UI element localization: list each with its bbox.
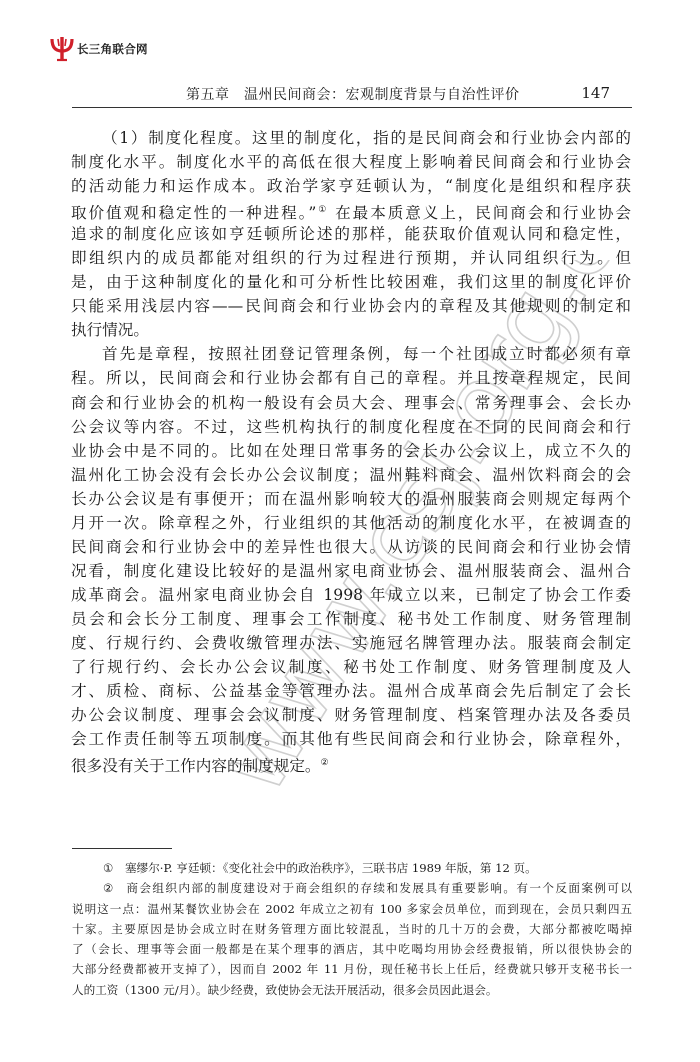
footnote-text: 塞缪尔·P. 亨廷顿：《变化社会中的政治秩序》，三联书店 1989 年版，第 1… — [125, 861, 537, 875]
text-line: 民间商会和行业协会中的差异性也很大。从访谈的民间商会和行业协会情 — [71, 535, 631, 559]
text-line: 温州化工协会没有会长办公会议制度；温州鞋料商会、温州饮料商会的会 — [71, 463, 631, 487]
site-logo: 长三角联合网 — [50, 36, 148, 62]
text-line: 公会议等内容。不过，这些机构执行的制度化程度在不同的民间商会和行 — [71, 415, 631, 439]
text-line: 度、行规行约、会费收缴管理办法、实施冠名牌管理办法。服装商会制定 — [71, 631, 631, 655]
text-line-content: 取价值观和稳定性的一种进程。” — [71, 204, 316, 222]
footnote-line: 大部分经费都被开支掉了），因而自 2002 年 11 月份，现任秘书长上任后，经… — [72, 959, 632, 979]
footnote-line: 说明这一点：温州某餐饮业协会在 2002 年成立之初有 100 多家会员单位，而… — [72, 899, 632, 919]
text-line-content: 很多没有关于工作内容的制度规定。 — [71, 757, 321, 775]
footnote-1: ①塞缪尔·P. 亨廷顿：《变化社会中的政治秩序》，三联书店 1989 年版，第 … — [72, 858, 632, 878]
text-line: 取价值观和稳定性的一种进程。”① 在最本质意义上，民间商会和行业协会 — [71, 198, 631, 222]
text-line: 程。所以，民间商会和行业协会都有自己的章程。并且按章程规定，民间 — [71, 366, 631, 390]
text-line: 业协会中是不同的。比如在处理日常事务的会长办公会议上，成立不久的 — [71, 439, 631, 463]
text-line: 很多没有关于工作内容的制度规定。② — [71, 751, 631, 775]
footnote-text: 商会组织内部的制度建设对于商会组织的存续和发展具有重要影响。有一个反面案例可以 — [125, 881, 632, 895]
running-head: 第五章 温州民间商会：宏观制度背景与自治性评价 147 — [72, 82, 632, 106]
text-line: 成革商会。温州家电商业协会自 1998 年成立以来，已制定了协会工作委 — [71, 583, 631, 607]
text-line: 了行规行约、会长办公会议制度、秘书处工作制度、财务管理制度及人 — [71, 655, 631, 679]
footnote-ref-1[interactable]: ① — [316, 205, 328, 215]
text-line: 才、质检、商标、公益基金等管理办法。温州合成革商会先后制定了会长 — [71, 679, 631, 703]
footnotes: ①塞缪尔·P. 亨廷顿：《变化社会中的政治秩序》，三联书店 1989 年版，第 … — [72, 858, 632, 1000]
text-line: 况看，制度化建设比较好的是温州家电商业协会、温州服装商会、温州合 — [71, 559, 631, 583]
text-line: 的活动能力和运作成本。政治学家亨廷顿认为，“制度化是组织和程序获 — [71, 174, 631, 198]
chapter-title: 第五章 温州民间商会：宏观制度背景与自治性评价 — [186, 84, 520, 104]
text-line: 是，由于这种制度化的量化和可分析性比较困难，我们这里的制度化评价 — [71, 270, 631, 294]
footnote-mark: ① — [103, 858, 125, 878]
page-number: 147 — [581, 84, 610, 102]
footnote-line: 了（会长、理事等会面一般都是在某个理事的酒店，其中吃喝均用协会经费报销，所以很快… — [72, 939, 632, 959]
text-line: （1）制度化程度。这里的制度化，指的是民间商会和行业协会内部的 — [71, 126, 631, 150]
footnote-line: 十家。主要原因是协会成立时在财务管理方面比较混乱，当时的几十万的会费，大部分都被… — [72, 919, 632, 939]
psi-logo-icon — [50, 36, 74, 62]
text-line: 制度化水平。制度化水平的高低在很大程度上影响着民间商会和行业协会 — [71, 150, 631, 174]
header-rule — [72, 107, 632, 108]
text-line: 办公会议制度、理事会会议制度、财务管理制度、档案管理办法及各委员 — [71, 703, 631, 727]
text-line-content: （1）制度化程度。这里的制度化，指的是民间商会和行业协会内部的 — [102, 129, 631, 147]
footnote-2: ②商会组织内部的制度建设对于商会组织的存续和发展具有重要影响。有一个反面案例可以 — [72, 878, 632, 898]
text-line: 员会和会长分工制度、理事会工作制度、秘书处工作制度、财务管理制 — [71, 607, 631, 631]
text-line: 执行情况。 — [71, 318, 631, 342]
text-line: 即组织内的成员都能对组织的行为过程进行预期，并认同组织行为。但 — [71, 246, 631, 270]
text-line: 只能采用浅层内容——民间商会和行业协会内的章程及其他规则的制定和 — [71, 294, 631, 318]
text-line: 月开一次。除章程之外，行业组织的其他活动的制度化水平，在被调查的 — [71, 511, 631, 535]
text-line: 首先是章程，按照社团登记管理条例，每一个社团成立时都必须有章 — [71, 342, 631, 366]
footnote-line: 人的工资（1300 元/月）。缺少经费，致使协会无法开展活动，很多会员因此退会。 — [72, 980, 632, 1000]
footnote-ref-2[interactable]: ② — [321, 758, 329, 768]
body-text: （1）制度化程度。这里的制度化，指的是民间商会和行业协会内部的 制度化水平。制度… — [71, 126, 631, 775]
text-line: 追求的制度化应该如亨廷顿所论述的那样，能获取价值观认同和稳定性， — [71, 222, 631, 246]
logo-text: 长三角联合网 — [77, 41, 148, 57]
text-line-content: 在最本质意义上，民间商会和行业协会 — [335, 204, 631, 222]
text-line: 商会和行业协会的机构一般设有会员大会、理事会、常务理事会、会长办 — [71, 391, 631, 415]
text-line: 长办公会议是有事便开；而在温州影响较大的温州服装商会则规定每两个 — [71, 487, 631, 511]
footnote-mark: ② — [103, 878, 125, 898]
footnote-rule — [72, 848, 172, 849]
text-line: 会工作责任制等五项制度。而其他有些民间商会和行业协会，除章程外， — [71, 727, 631, 751]
